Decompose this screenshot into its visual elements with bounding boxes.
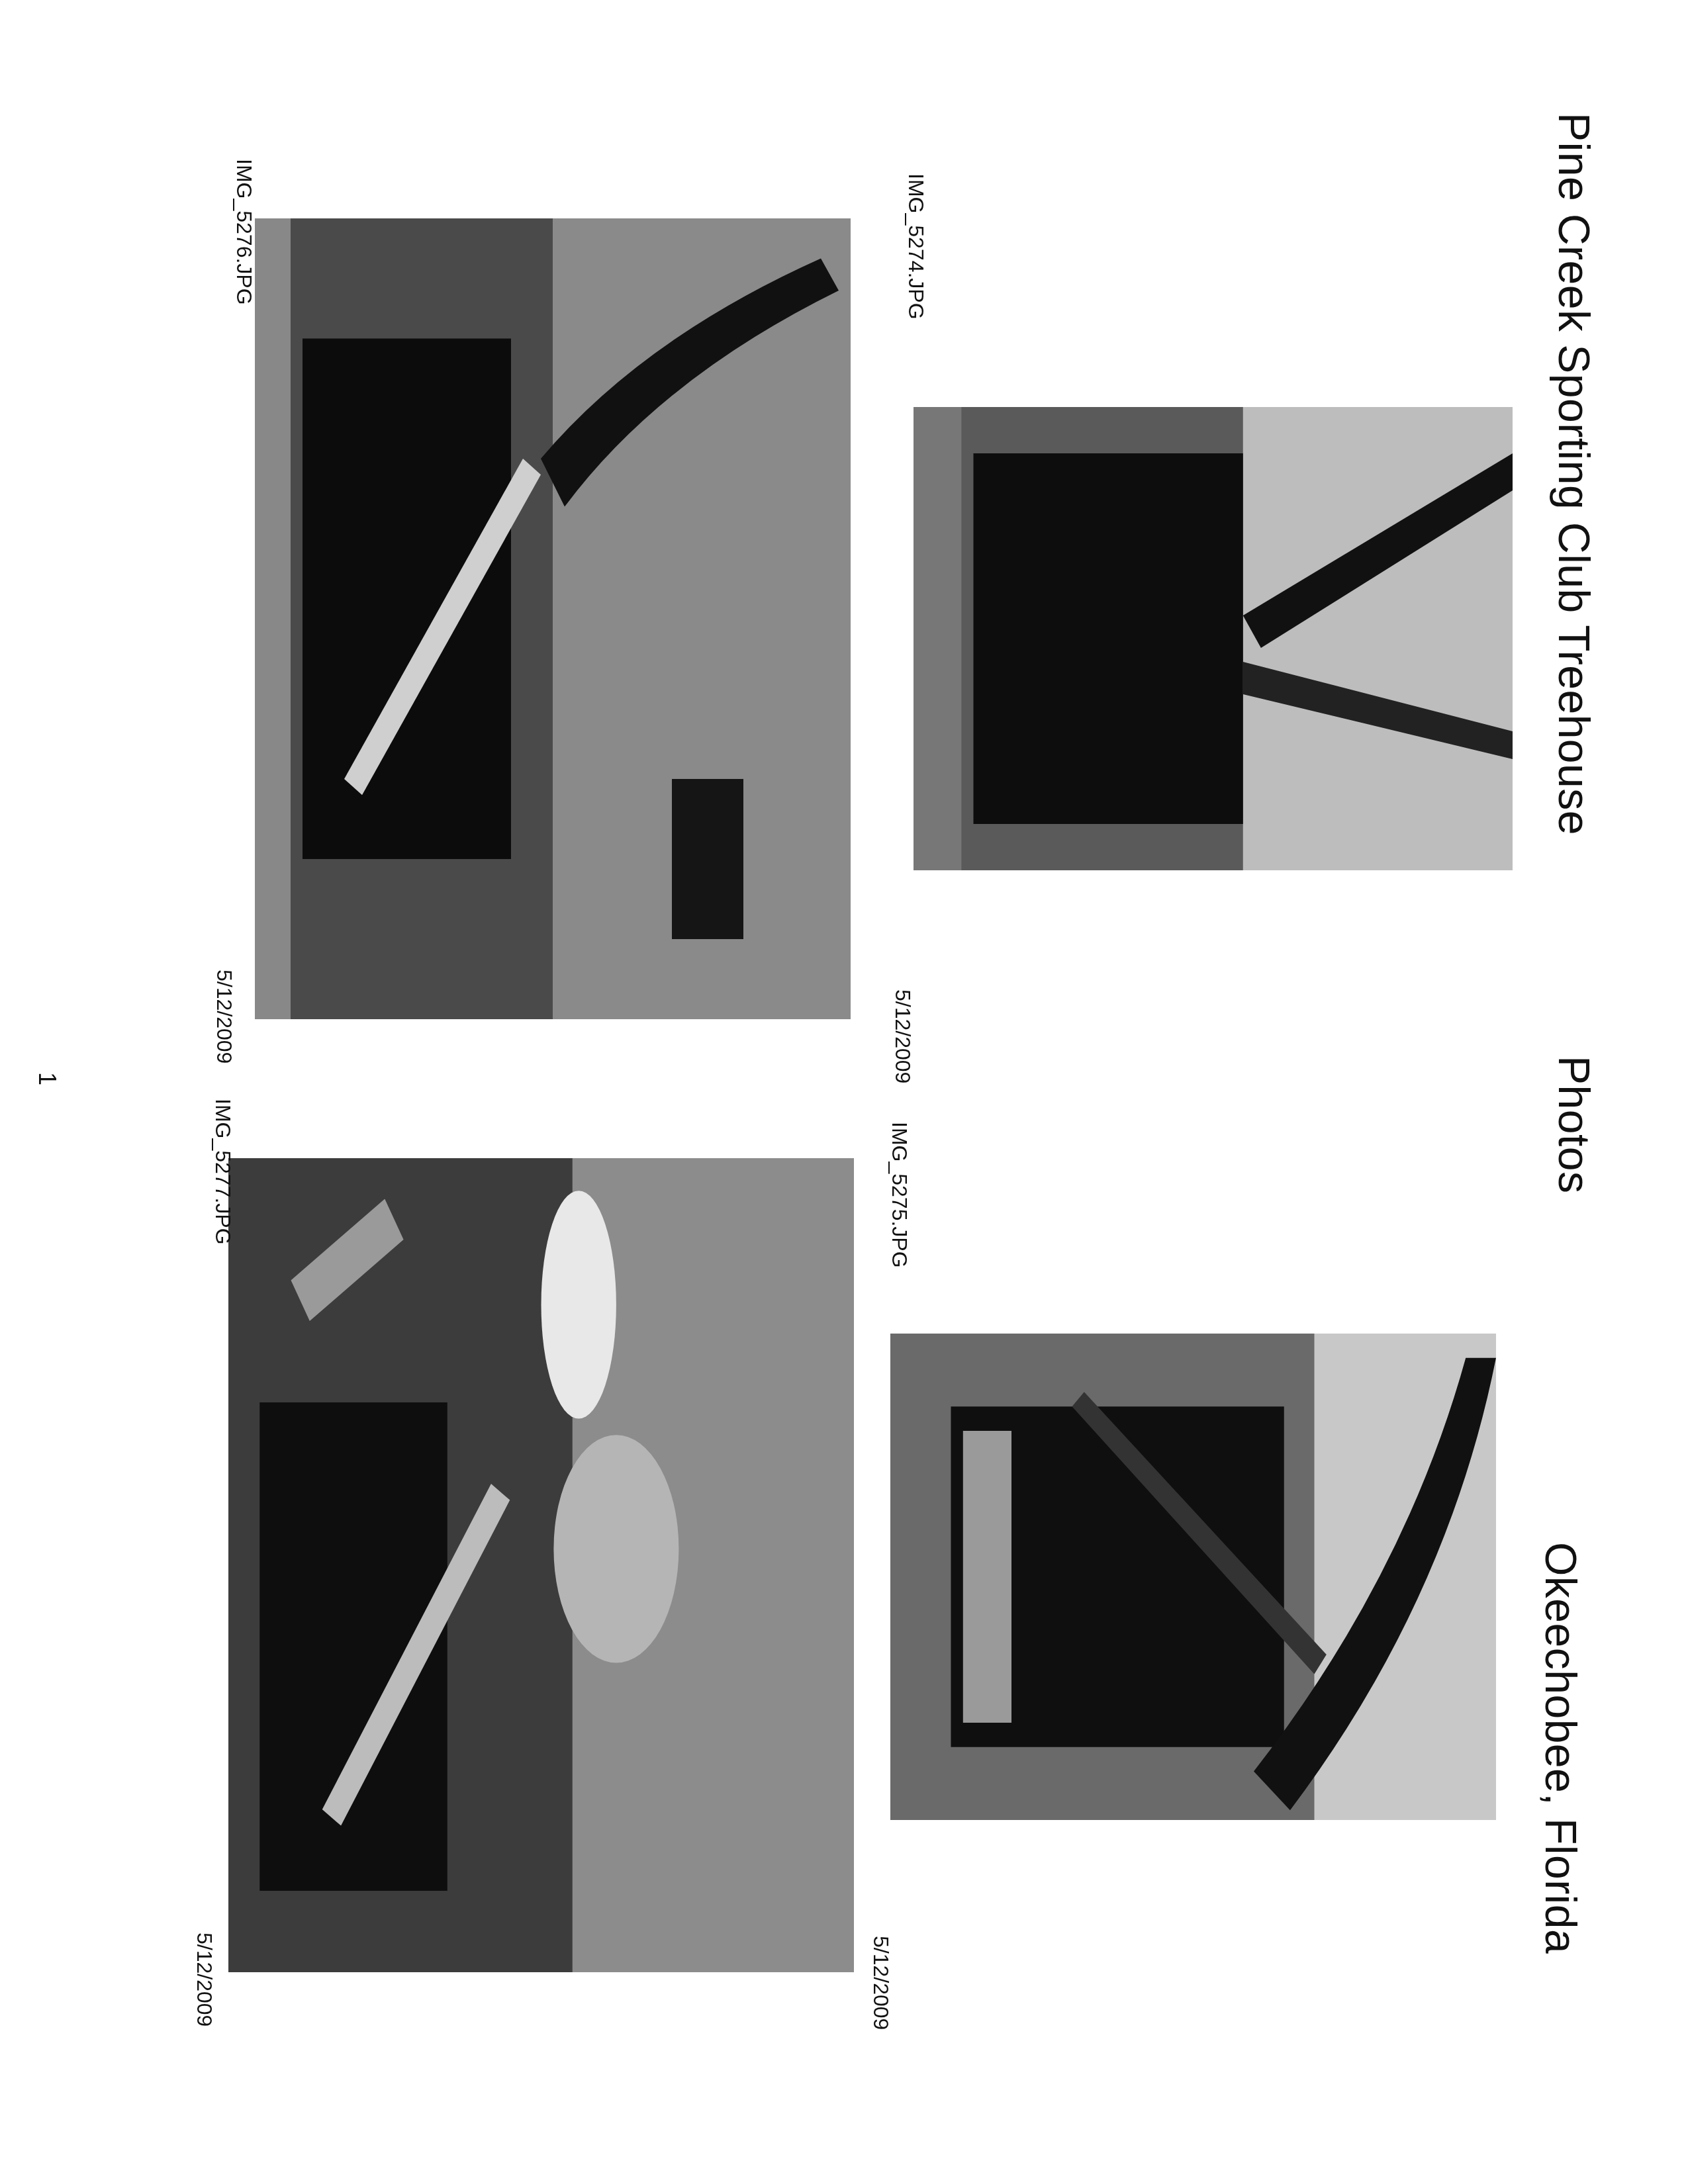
treehouse-photo-image [914,407,1513,870]
photo-filename: IMG_5275.JPG [887,1122,912,1268]
photo-date: 5/12/2009 [192,1933,216,2026]
photo-img-5274 [914,407,1513,870]
photo-filename: IMG_5276.JPG [232,159,256,305]
photo-img-5275 [890,1334,1496,1820]
section-heading: Photos [1549,1056,1599,1193]
photo-filename: IMG_5277.JPG [211,1099,235,1245]
treehouse-photo-image [890,1334,1496,1820]
photo-date: 5/12/2009 [212,970,236,1064]
photo-img-5276 [255,218,851,1019]
photo-date: 5/12/2009 [890,989,915,1083]
page-number: 1 [33,1072,61,1085]
photo-date: 5/12/2009 [868,1936,893,2030]
treehouse-photo-image [255,218,851,1019]
photo-filename: IMG_5274.JPG [904,173,928,320]
treehouse-photo-image [228,1158,854,1972]
location-heading: Okeechobee, Florida [1536,1542,1586,1954]
document-title: Pine Creek Sporting Club Treehouse [1549,113,1599,835]
photo-img-5277 [228,1158,854,1972]
